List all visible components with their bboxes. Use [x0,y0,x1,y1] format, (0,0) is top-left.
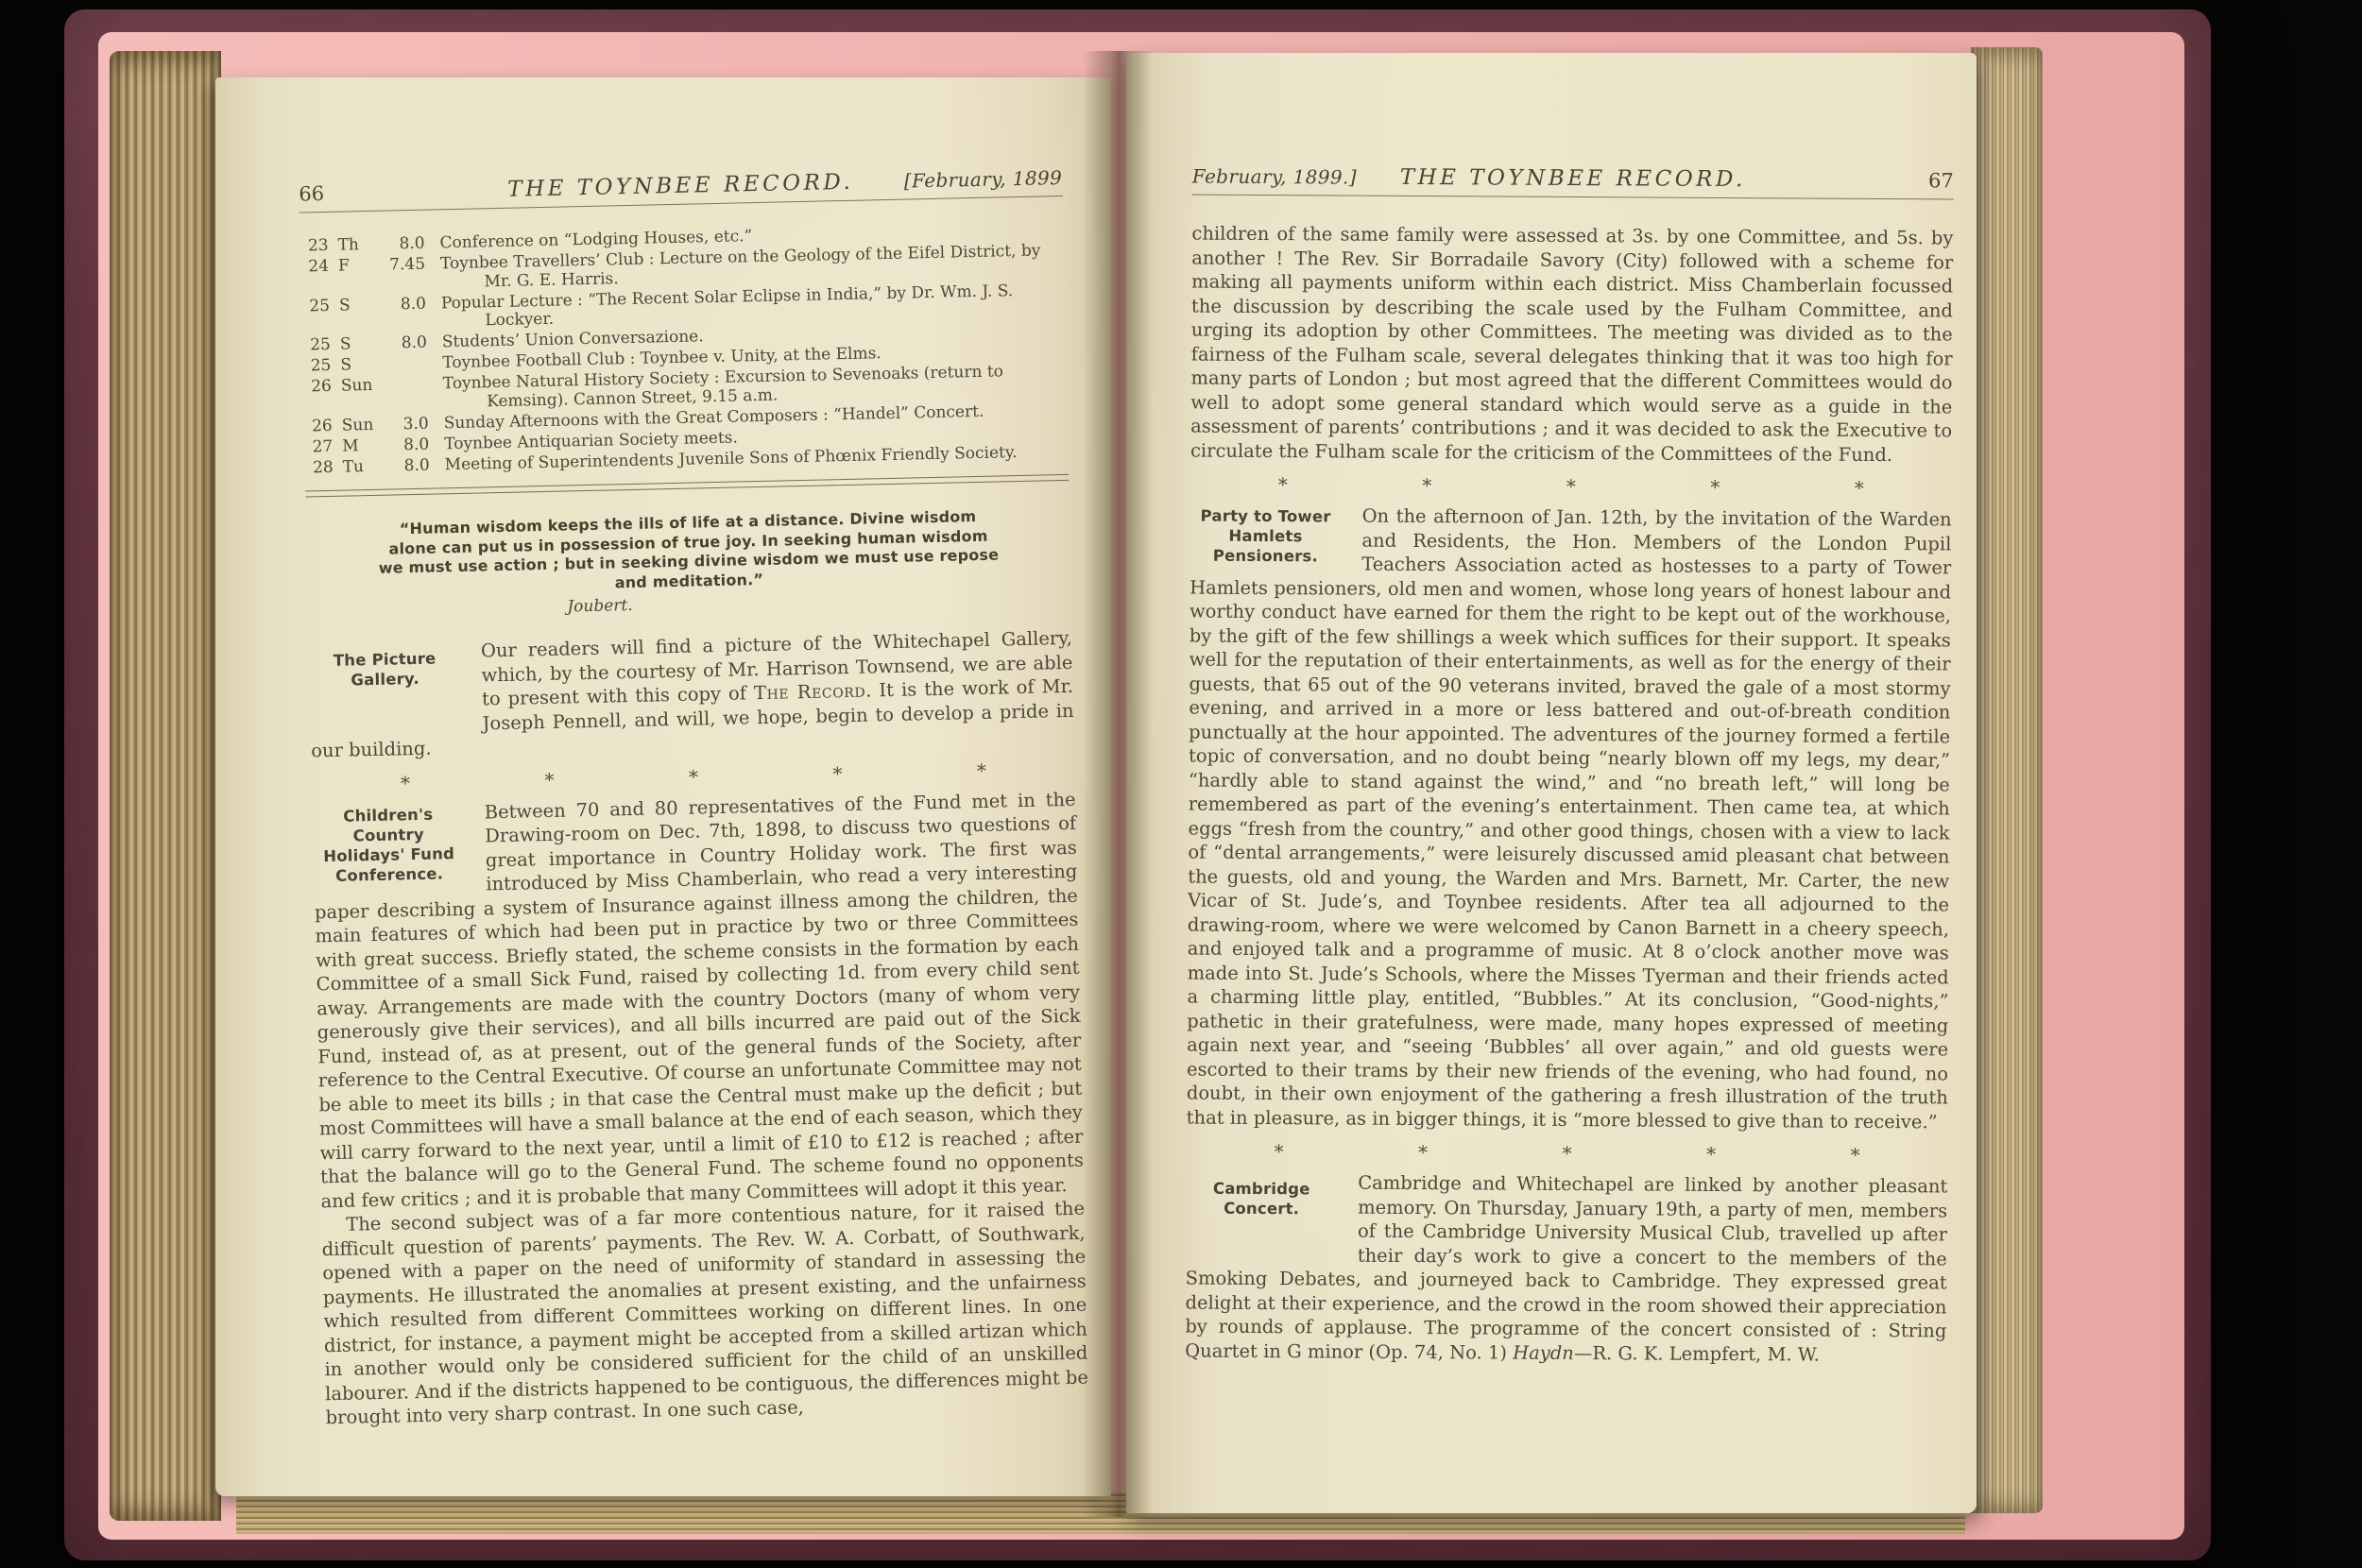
right-page-header: February, 1899.] THE TOYNBEE RECORD. 67 [1192,164,1954,194]
paragraph-text: The second subject was of a far more con… [322,1198,1089,1429]
sidenote-picture-gallery: The Picture Gallery. [313,642,458,713]
schedule-bottom-rule [305,474,1069,498]
schedule-time [388,376,435,414]
asterisk: * [1422,476,1431,495]
asterisk: * [832,764,842,783]
schedule-date: 24 [300,258,330,296]
asterisk: * [1850,1146,1859,1165]
schedule-day: Tu [343,457,381,476]
left-page-content: 66 THE TOYNBEE RECORD. [February, 1899 2… [299,165,1089,1430]
asterisk-separator: * * * * * [401,760,986,793]
asterisk: * [689,767,698,786]
paragraph-text: —R. G. K. Lempfert, M. W. [1574,1342,1820,1366]
schedule-day: F [338,257,377,295]
schedule-date: 23 [300,237,328,256]
events-schedule: 23 Th 8.0 Conference on “Lodging Houses,… [300,221,1068,478]
schedule-date: 26 [304,417,333,435]
composer-name-italic: Haydn [1513,1341,1574,1363]
asterisk-separator: * * * * * [1274,1142,1859,1165]
asterisk: * [1418,1143,1428,1162]
schedule-time: 8.0 [389,435,435,455]
schedule-time: 8.0 [386,295,433,332]
schedule-time: 8.0 [385,235,430,255]
sidenote-cambridge-concert: Cambridge Concert. [1190,1173,1333,1242]
section-paragraph: The Picture Gallery.Our readers will fin… [309,626,1075,763]
epigraph-attribution: Joubert. [218,588,982,624]
schedule-day: S [339,296,378,333]
right-page: February, 1899.] THE TOYNBEE RECORD. 67 … [1126,53,1977,1513]
asterisk: * [544,770,554,789]
asterisk: * [1710,478,1720,497]
asterisk: * [1855,479,1864,498]
page-number-right: 67 [1746,168,1954,192]
schedule-date: 25 [302,357,331,376]
schedule-date: 27 [304,437,333,456]
journal-name-smallcaps: The Record [754,680,866,705]
schedule-day: S [340,335,378,354]
schedule-time: 8.0 [387,334,433,354]
asterisk: * [1278,475,1288,494]
section-children-fund: Children's Country Holidays' Fund Confer… [312,787,1088,1429]
epigraph-quote: “Human wisdom keeps the ills of life at … [376,506,1001,597]
journal-title: THE TOYNBEE RECORD. [1400,165,1746,192]
sidenote-party-pensioners: Party to Tower Hamlets Pensioners. [1193,506,1337,567]
left-page-header: 66 THE TOYNBEE RECORD. [February, 1899 [299,165,1062,207]
schedule-day: S [340,356,378,375]
schedule-time: 8.0 [389,456,435,476]
right-page-content: February, 1899.] THE TOYNBEE RECORD. 67 … [1185,164,1954,1368]
asterisk: * [977,760,986,779]
issue-date-left: [February, 1899 [853,166,1062,194]
schedule-day: Sun [341,377,380,415]
schedule-date: 25 [301,297,331,334]
section-paragraph: children of the same family were assesse… [1190,222,1954,468]
header-rule [1192,195,1954,200]
schedule-time [387,355,433,375]
section-paragraph: The second subject was of a far more con… [321,1197,1089,1430]
journal-title: THE TOYNBEE RECORD. [507,170,854,202]
schedule-date: 25 [302,336,331,355]
left-page: 66 THE TOYNBEE RECORD. [February, 1899 2… [215,77,1111,1496]
asterisk: * [1274,1142,1283,1161]
photo-background: 66 THE TOYNBEE RECORD. [February, 1899 2… [0,0,2362,1568]
paragraph-text: On the afternoon of Jan. 12th, by the in… [1187,505,1952,1133]
page-edges-right [1971,47,2043,1513]
schedule-time: 3.0 [389,415,435,435]
section-paragraph: Cambridge Concert.Cambridge and Whitecha… [1185,1170,1947,1368]
schedule-day: M [342,436,380,455]
asterisk: * [1706,1145,1716,1164]
sidenote-children-fund: Children's Country Holidays' Fund Confer… [317,804,462,886]
schedule-day: Sun [342,416,380,435]
schedule-day: Th [337,236,375,255]
section-paragraph: Children's Country Holidays' Fund Confer… [312,787,1084,1213]
section-cambridge-concert: Cambridge Concert.Cambridge and Whitecha… [1185,1170,1947,1368]
asterisk: * [401,774,410,793]
section-continuation: children of the same family were assesse… [1190,222,1954,468]
section-picture-gallery: The Picture Gallery.Our readers will fin… [309,626,1075,763]
section-paragraph: Party to Tower Hamlets Pensioners.On the… [1187,503,1952,1134]
schedule-date: 26 [303,378,333,416]
issue-date-right: February, 1899.] [1192,165,1400,189]
schedule-time: 7.45 [385,256,432,294]
page-edges-left [110,51,221,1521]
paragraph-text: children of the same family were assesse… [1190,223,1954,466]
asterisk: * [1566,477,1576,496]
asterisk: * [1562,1144,1571,1163]
schedule-date: 28 [305,458,334,477]
asterisk-separator: * * * * * [1278,475,1864,498]
section-party-pensioners: Party to Tower Hamlets Pensioners.On the… [1187,503,1952,1134]
page-number-left: 66 [299,179,507,206]
